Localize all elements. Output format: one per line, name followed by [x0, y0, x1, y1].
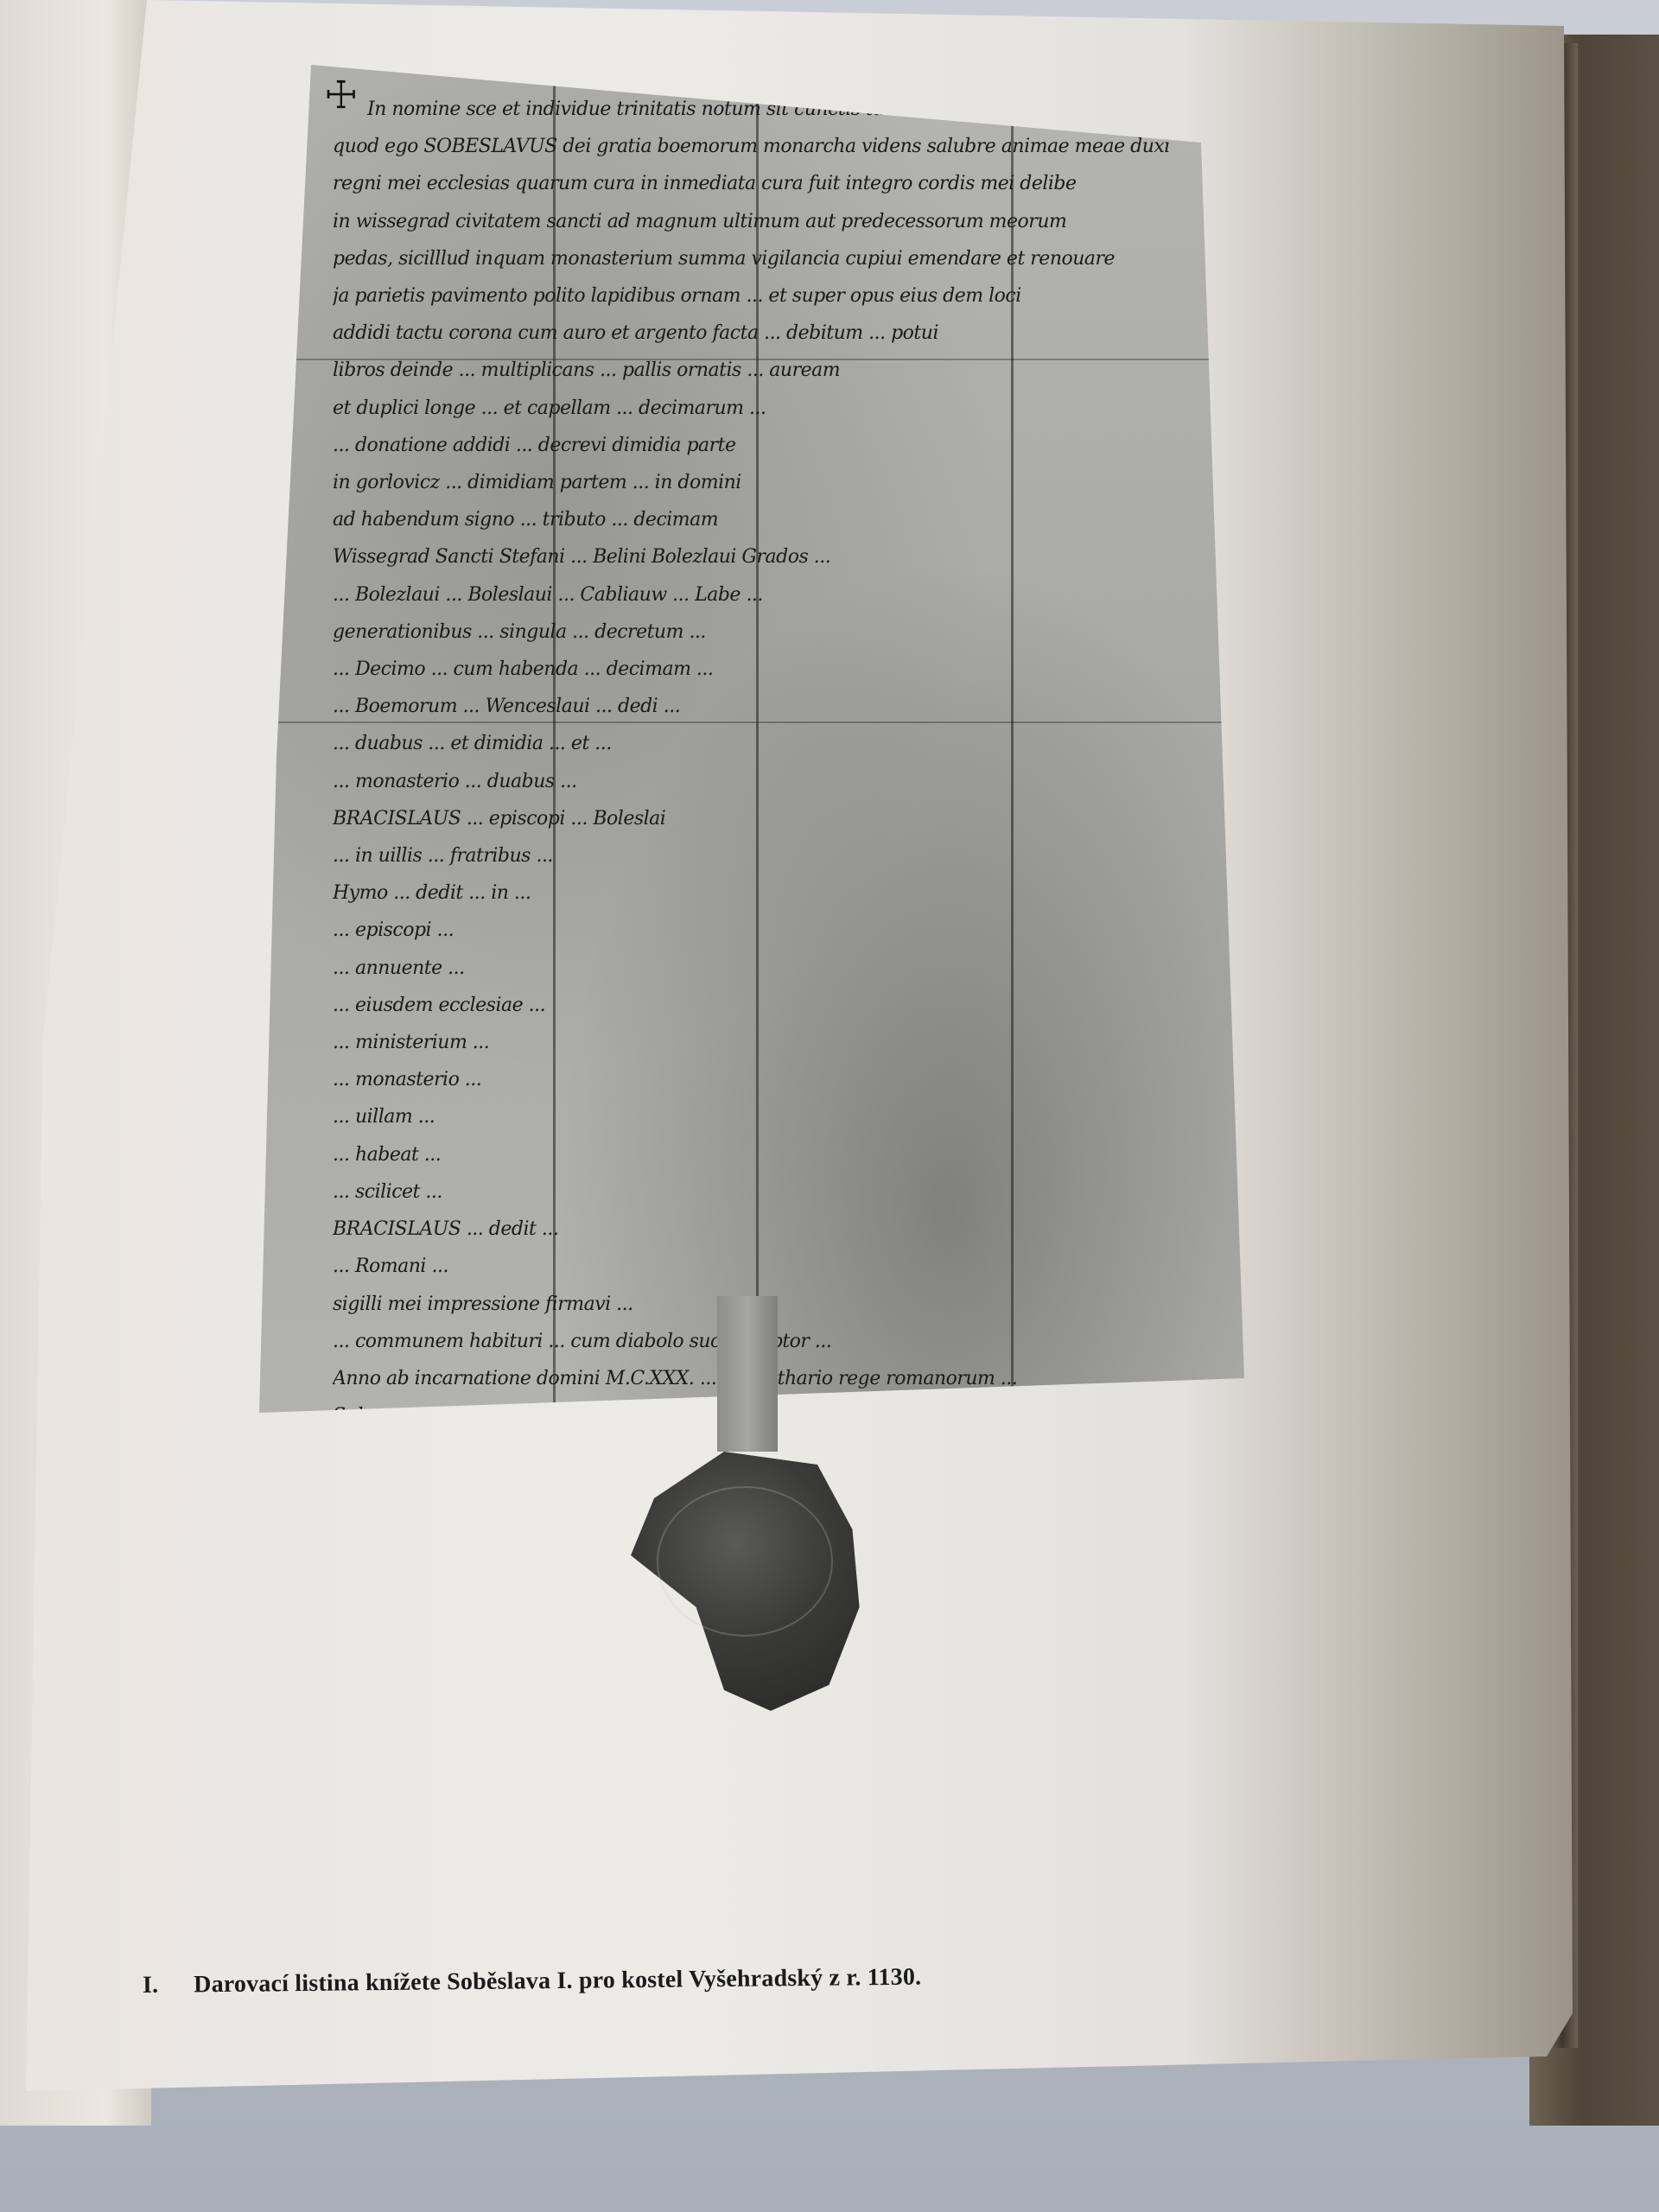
charter-line: ... Boemorum ... Wenceslaui ... dedi ... [333, 688, 1210, 725]
seal-legend-ring [657, 1486, 833, 1637]
charter-line: generationibus ... singula ... decretum … [333, 613, 1210, 651]
charter-line: ... duabus ... et dimidia ... et ... [333, 725, 1210, 762]
charter-line: Hymo ... dedit ... in ... [333, 874, 1210, 912]
charter-line: BRACISLAUS ... episcopi ... Boleslai [333, 800, 1210, 837]
charter-line: ... ministerium ... [333, 1024, 1210, 1061]
charter-text: In nomine sce et individue trinitatis no… [333, 91, 1210, 1472]
charter-line: BRACISLAUS ... dedit ... [333, 1211, 1210, 1248]
charter-line: in wissegrad civitatem sancti ad magnum … [333, 203, 1210, 240]
charter-line: ... scilicet ... [333, 1173, 1210, 1211]
charter-line: ... annuente ... [333, 950, 1210, 987]
charter-line: pedas, sicilllud inquam monasterium summ… [333, 240, 1210, 277]
charter-line: ... donatione addidi ... decrevi dimidia… [333, 427, 1210, 464]
charter-line: libros deinde ... multiplicans ... palli… [333, 352, 1210, 389]
charter-line: ... Romani ... [333, 1248, 1210, 1285]
charter-line: ... habeat ... [333, 1136, 1210, 1173]
charter-line: regni mei ecclesias quarum cura in inmed… [333, 165, 1210, 202]
charter-line: ... Bolezlaui ... Boleslaui ... Cabliauw… [333, 576, 1210, 613]
plate-number: I. [143, 1971, 188, 1999]
charter-line: ... monasterio ... duabus ... [333, 763, 1210, 800]
charter-line: ... episcopi ... [333, 912, 1210, 949]
charter-photograph: ☩ In nomine sce et individue trinitatis … [259, 65, 1244, 1413]
charter-line: quod ego SOBESLAVUS dei gratia boemorum … [333, 128, 1210, 165]
charter-line: ... uillam ... [333, 1098, 1210, 1135]
charter-line: in gorlovicz ... dimidiam partem ... in … [333, 464, 1210, 501]
charter-line: et duplici longe ... et capellam ... dec… [333, 390, 1210, 427]
charter-line: addidi tactu corona cum auro et argento … [333, 315, 1210, 352]
charter-line: ... in uillis ... fratribus ... [333, 837, 1210, 874]
charter-line: ... eiusdem ecclesiae ... [333, 987, 1210, 1024]
seal-strap [717, 1296, 778, 1452]
charter-line: ... Decimo ... cum habenda ... decimam .… [333, 651, 1210, 688]
charter-line: ja parietis pavimento polito lapidibus o… [333, 277, 1210, 315]
charter-line: ad habendum signo ... tributo ... decima… [333, 501, 1210, 538]
charter-line: ... monasterio ... [333, 1061, 1210, 1098]
charter-line: Wissegrad Sancti Stefani ... Belini Bole… [333, 538, 1210, 575]
